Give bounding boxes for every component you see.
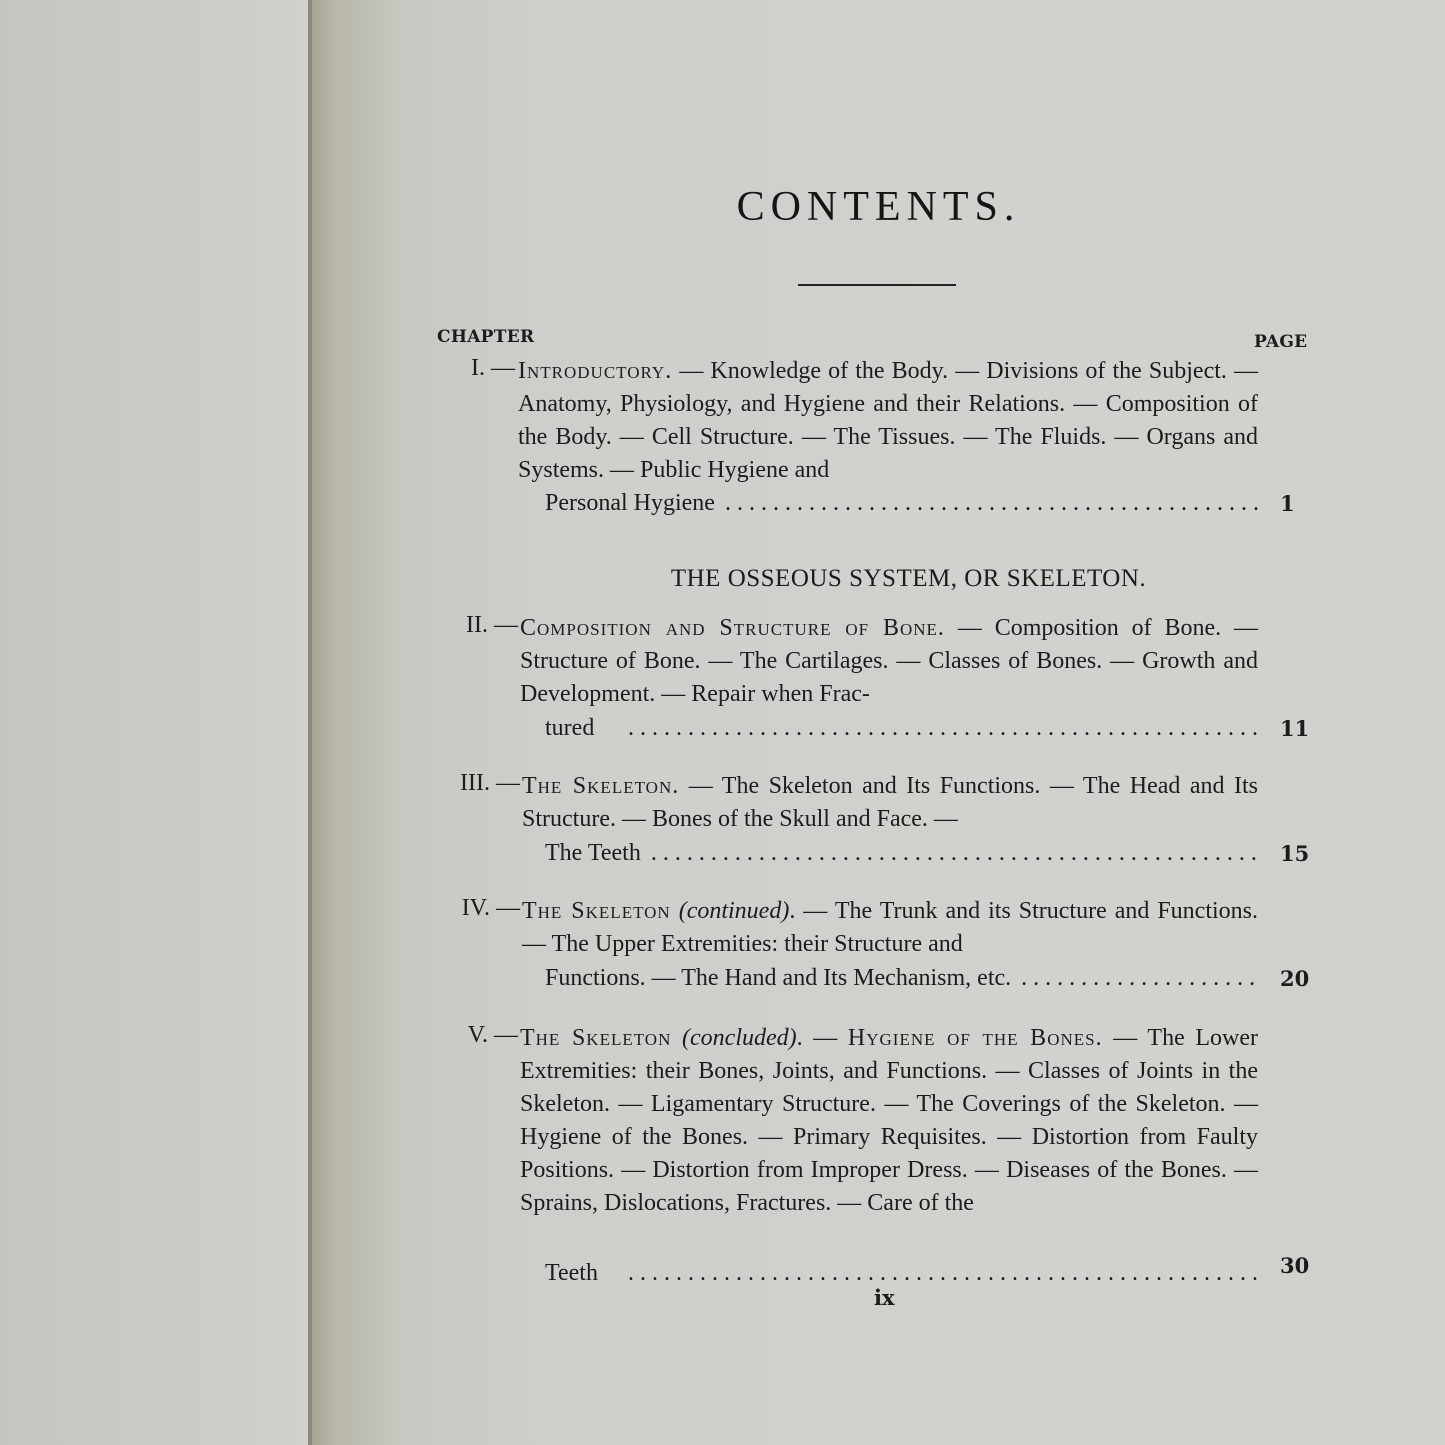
chapter-description: Introductory. — Knowledge of the Body. —… [518,355,1258,487]
chapter-subheading: Hygiene of the Bones. [848,1025,1103,1051]
chapter-numeral: IV. — [430,895,520,922]
chapter-heading-qualifier: (concluded) [682,1025,797,1051]
chapter-description: The Skeleton. — The Skeleton and Its Fun… [522,770,1258,836]
page-number: 20 [1280,966,1320,991]
chapter-topics: — The Lower Extremities: their Bones, Jo… [520,1025,1258,1216]
title-rule-divider [798,284,956,286]
left-blank-page [0,0,312,1445]
chapter-column-header: CHAPTER [437,327,534,347]
page-title: CONTENTS. [312,183,1445,231]
page-number: 11 [1280,716,1320,741]
chapter-last-line: Functions. — The Hand and Its Mechanism,… [545,962,1011,995]
page-number: 15 [1280,841,1320,866]
chapter-heading: Introductory. [518,358,672,384]
chapter-numeral: V. — [430,1022,518,1049]
chapter-numeral: I. — [430,355,515,382]
chapter-heading: Composition and Structure of Bone. [520,615,945,641]
page-column-header: PAGE [1254,332,1307,352]
dot-leader: . . . . . . . . . . . . . . . . . . . . … [1011,962,1258,995]
page-number: 30 [1280,1253,1320,1278]
chapter-numeral: III. — [430,770,520,797]
chapter-heading-qualifier: (continued) [679,898,790,924]
chapter-last-line: Teeth [545,1257,598,1290]
dot-leader: . . . . . . . . . . . . . . . . . . . . … [641,837,1258,870]
page-number: 1 [1280,491,1320,516]
section-heading: THE OSSEOUS SYSTEM, OR SKELETON. [312,565,1445,593]
page-folio: ix [874,1285,895,1310]
chapter-heading: The Skeleton [522,898,671,924]
chapter-heading: The Skeleton. [522,773,679,799]
chapter-last-line: The Teeth [545,837,641,870]
chapter-numeral: II. — [430,612,518,639]
dot-leader: . . . . . . . . . . . . . . . . . . . . … [715,487,1258,520]
chapter-heading: The Skeleton [520,1025,671,1051]
dot-leader: . . . . . . . . . . . . . . . . . . . . … [594,712,1258,745]
dot-leader: . . . . . . . . . . . . . . . . . . . . … [598,1257,1258,1290]
chapter-last-line: tured [545,712,594,745]
chapter-description: The Skeleton (continued). — The Trunk an… [522,895,1258,961]
chapter-description: Composition and Structure of Bone. — Com… [520,612,1258,711]
chapter-description: The Skeleton (concluded). — Hygiene of t… [520,1022,1258,1220]
chapter-last-line: Personal Hygiene [545,487,715,520]
